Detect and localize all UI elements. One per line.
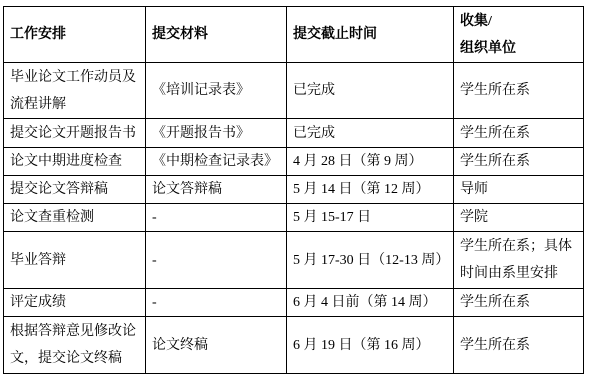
cell-deadline: 6 月 4 日前（第 14 周）: [287, 289, 454, 317]
cell-deadline: 6 月 19 日（第 16 周）: [287, 317, 454, 374]
cell-task: 论文查重检测: [4, 204, 146, 232]
cell-task: 根据答辩意见修改论文，提交论文终稿: [4, 317, 146, 374]
table-row: 毕业论文工作动员及流程讲解 《培训记录表》 已完成 学生所在系: [4, 63, 584, 119]
cell-organizer: 学生所在系: [454, 317, 584, 374]
cell-task: 评定成绩: [4, 289, 146, 317]
cell-deadline: 4 月 28 日（第 9 周）: [287, 148, 454, 176]
cell-material: 《培训记录表》: [146, 63, 287, 119]
cell-material: 论文答辩稿: [146, 176, 287, 204]
header-row: 工作安排 提交材料 提交截止时间 收集/ 组织单位: [4, 7, 584, 63]
cell-material: 论文终稿: [146, 317, 287, 374]
cell-material: -: [146, 232, 287, 289]
cell-task: 提交论文开题报告书: [4, 119, 146, 148]
cell-deadline: 5 月 14 日（第 12 周）: [287, 176, 454, 204]
cell-deadline: 已完成: [287, 63, 454, 119]
table-row: 评定成绩 - 6 月 4 日前（第 14 周） 学生所在系: [4, 289, 584, 317]
table-row: 提交论文答辩稿 论文答辩稿 5 月 14 日（第 12 周） 导师: [4, 176, 584, 204]
cell-organizer: 学生所在系: [454, 148, 584, 176]
cell-deadline: 5 月 15-17 日: [287, 204, 454, 232]
cell-task: 论文中期进度检查: [4, 148, 146, 176]
table-row: 提交论文开题报告书 《开题报告书》 已完成 学生所在系: [4, 119, 584, 148]
table-row: 论文中期进度检查 《中期检查记录表》 4 月 28 日（第 9 周） 学生所在系: [4, 148, 584, 176]
cell-task: 提交论文答辩稿: [4, 176, 146, 204]
cell-organizer: 导师: [454, 176, 584, 204]
cell-organizer: 学生所在系: [454, 119, 584, 148]
cell-task: 毕业答辩: [4, 232, 146, 289]
cell-material: -: [146, 204, 287, 232]
table-row: 论文查重检测 - 5 月 15-17 日 学院: [4, 204, 584, 232]
cell-deadline: 已完成: [287, 119, 454, 148]
cell-task: 毕业论文工作动员及流程讲解: [4, 63, 146, 119]
header-work-arrangement: 工作安排: [4, 7, 146, 63]
cell-material: 《中期检查记录表》: [146, 148, 287, 176]
cell-organizer: 学生所在系: [454, 63, 584, 119]
cell-deadline: 5 月 17-30 日（12-13 周）: [287, 232, 454, 289]
cell-organizer: 学生所在系: [454, 289, 584, 317]
header-collect-organizer: 收集/ 组织单位: [454, 7, 584, 63]
table-row: 毕业答辩 - 5 月 17-30 日（12-13 周） 学生所在系；具体时间由系…: [4, 232, 584, 289]
cell-material: 《开题报告书》: [146, 119, 287, 148]
thesis-schedule-table: 工作安排 提交材料 提交截止时间 收集/ 组织单位 毕业论文工作动员及流程讲解 …: [3, 6, 584, 374]
header-submit-materials: 提交材料: [146, 7, 287, 63]
cell-organizer: 学生所在系；具体时间由系里安排: [454, 232, 584, 289]
header-submit-deadline: 提交截止时间: [287, 7, 454, 63]
cell-organizer: 学院: [454, 204, 584, 232]
table-row: 根据答辩意见修改论文，提交论文终稿 论文终稿 6 月 19 日（第 16 周） …: [4, 317, 584, 374]
cell-material: -: [146, 289, 287, 317]
